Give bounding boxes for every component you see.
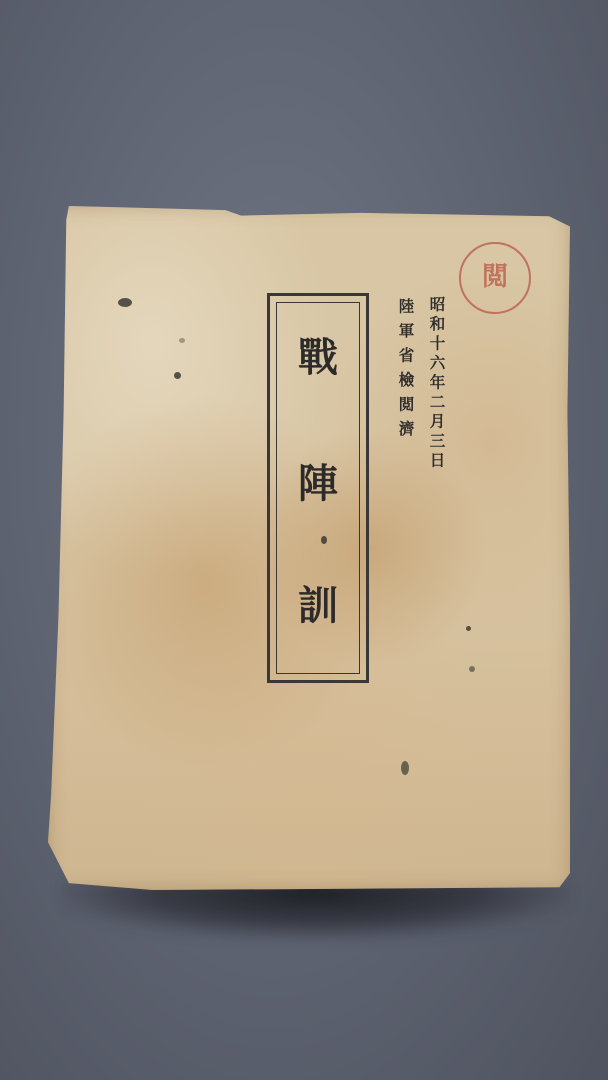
ink-spot xyxy=(174,372,181,379)
ink-spot xyxy=(466,626,471,631)
title-char-3: 訓 xyxy=(270,586,366,626)
booklet-cover: 閲 昭和十六年二月三日 陸軍省檢閲濟 戰 陣 訓 xyxy=(48,206,570,890)
ink-spot xyxy=(118,298,132,307)
ink-spot xyxy=(469,666,475,672)
approval-ministry-text: 陸軍省檢閲濟 xyxy=(398,298,414,445)
red-seal-stamp: 閲 xyxy=(459,242,531,314)
title-frame: 戰 陣 訓 xyxy=(267,293,369,683)
booklet-shadow xyxy=(60,880,570,940)
ink-spot xyxy=(401,761,409,775)
stamp-text: 閲 xyxy=(482,262,508,292)
title-char-2: 陣 xyxy=(270,464,366,504)
approval-date-text: 昭和十六年二月三日 xyxy=(429,296,445,472)
title-char-1: 戰 xyxy=(270,338,366,378)
ink-spot xyxy=(179,338,185,343)
